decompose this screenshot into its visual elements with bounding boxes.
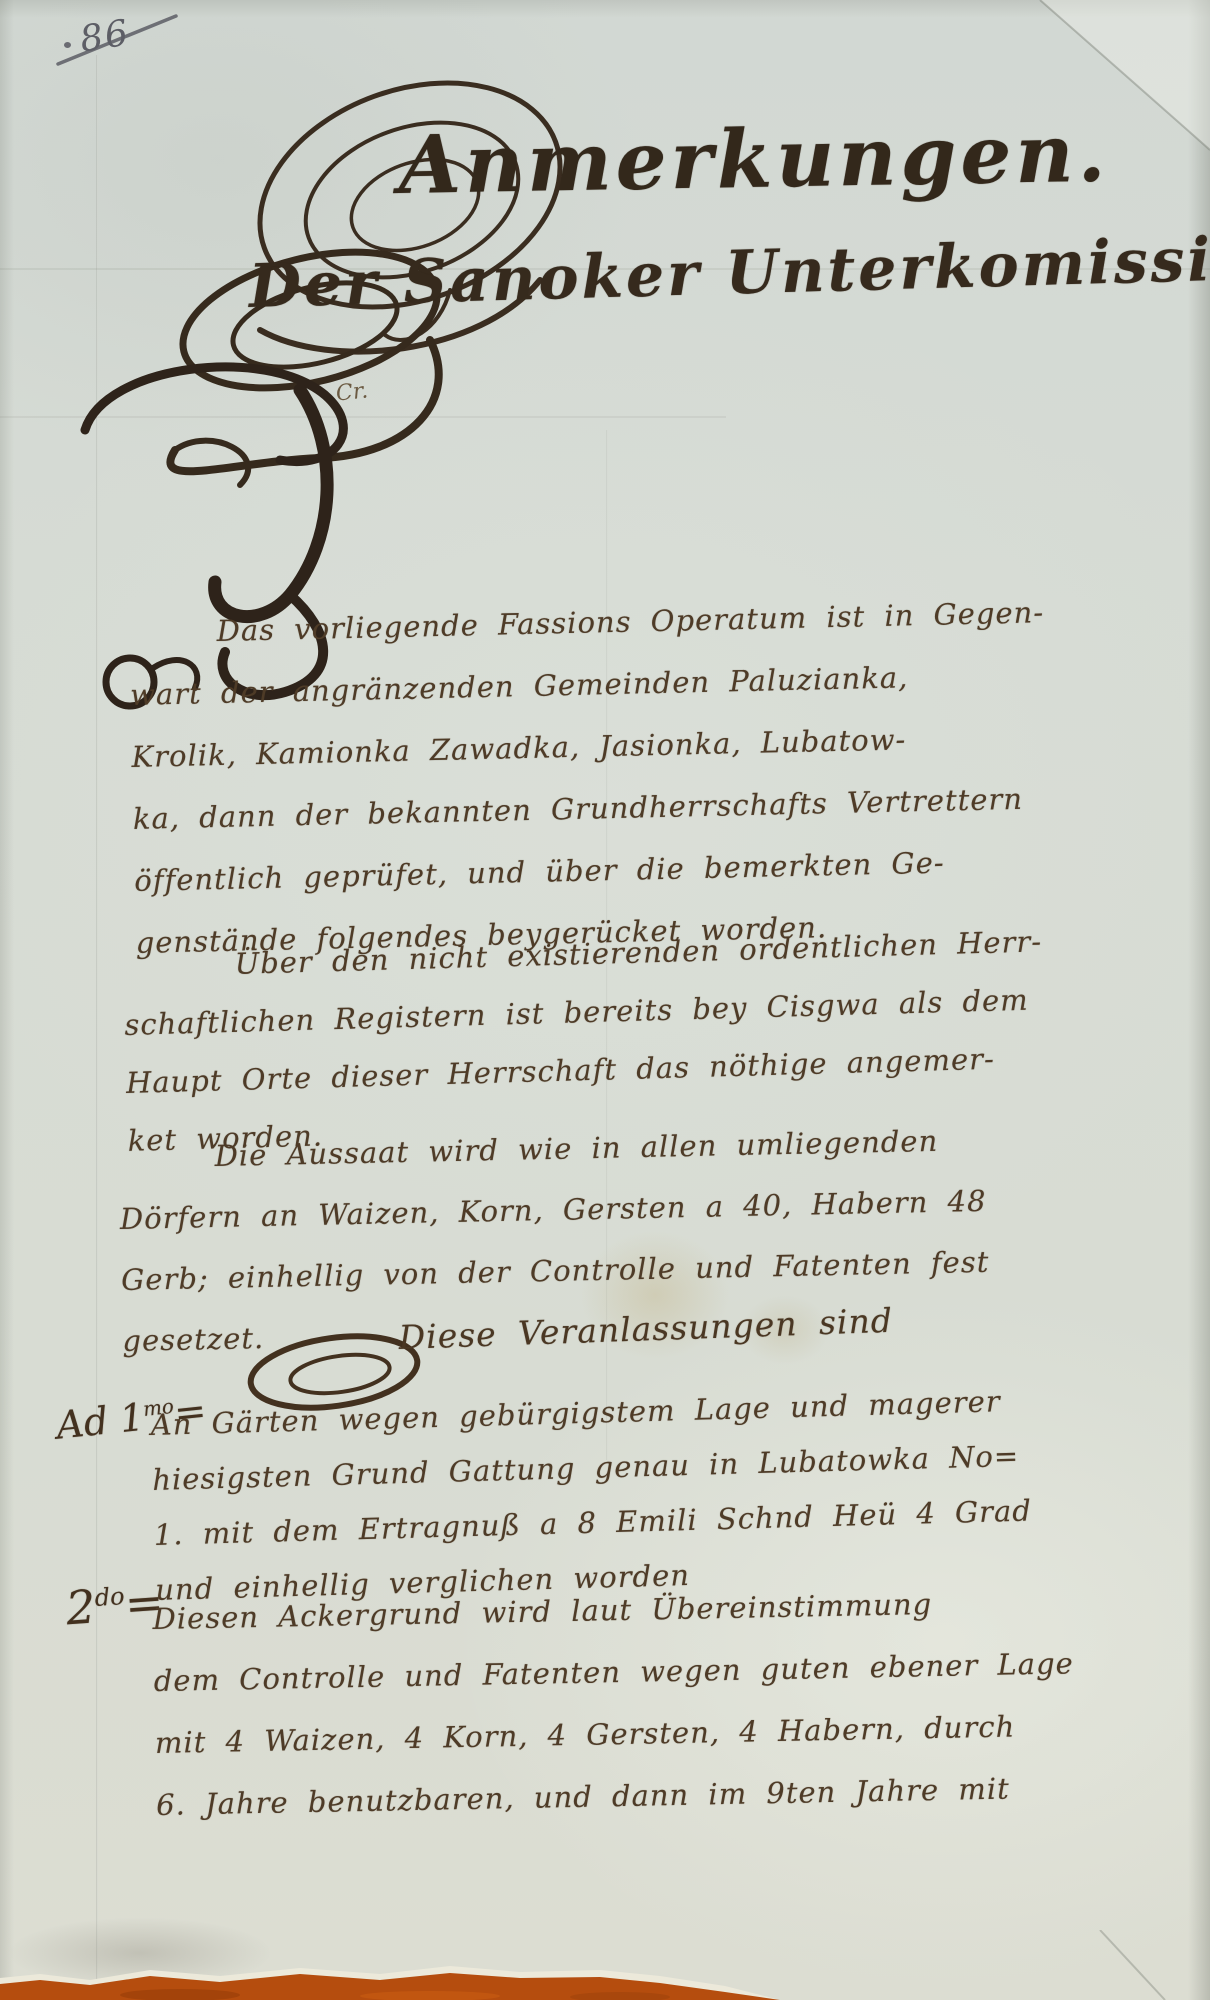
margin-label-ad2: 2do= [64, 1575, 165, 1636]
paper-edge-right [1188, 0, 1210, 2000]
bottom-left-smudge [10, 1918, 270, 1988]
paper-edge-top [0, 0, 1210, 18]
clerk-mark: Cr. [335, 378, 369, 406]
margin-label-ad1-text: Ad 1 [54, 1395, 146, 1448]
pencil-folio-number: 86 [77, 12, 133, 60]
paragraph-ad2: Diesen Ackergrund wird laut Übereinstimm… [152, 1570, 1077, 1836]
horizontal-crease-2 [0, 416, 726, 418]
paper-edge-left [0, 0, 14, 2000]
pencil-dot [64, 42, 71, 48]
vertical-fold-left [96, 55, 98, 1990]
margin-label-ad2-text: 2 [64, 1579, 97, 1635]
margin-label-ad2-sup: do [94, 1582, 126, 1612]
page-subtitle: Der Sanoker Unterkomission [248, 223, 1210, 322]
page-title: Anmerkungen. [398, 106, 1110, 212]
manuscript-page: 86 Anmerkungen. Der Sanoker Unterkomissi… [0, 0, 1210, 2000]
